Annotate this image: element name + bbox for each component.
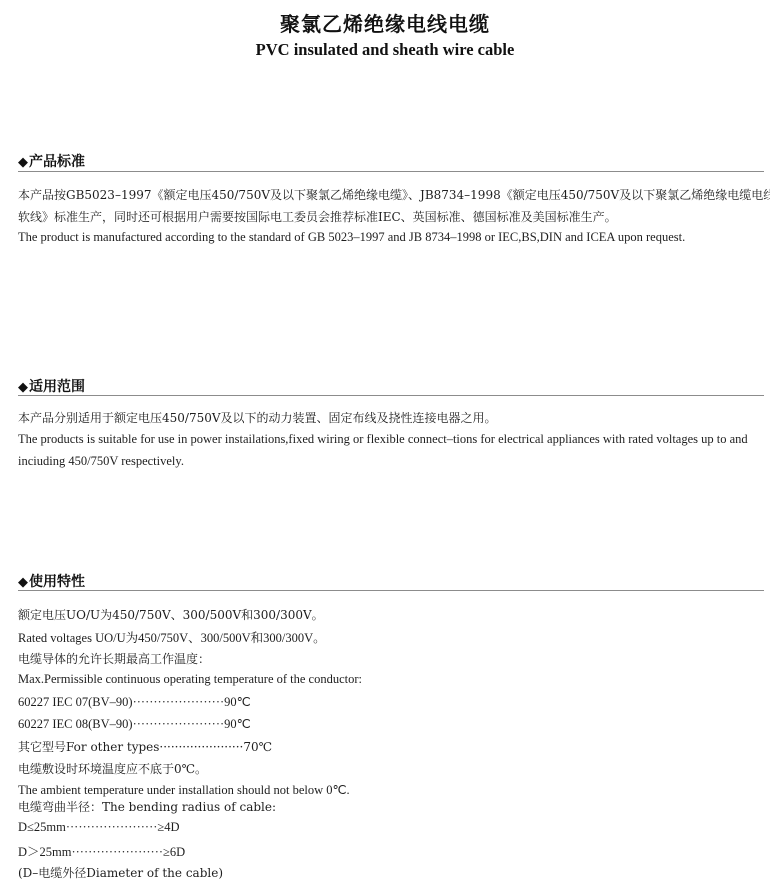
paragraph-line: 电缆敷设时环境温度应不底于0℃。 — [18, 760, 207, 777]
section-heading-label: 产品标准 — [29, 154, 85, 170]
section-divider — [18, 395, 764, 396]
section-divider — [18, 590, 764, 591]
diamond-bullet-icon: ◆ — [18, 155, 28, 170]
paragraph-line: The products is suitable for use in powe… — [18, 432, 748, 447]
paragraph-line: 软线》标准生产，同时还可根据用户需要按国际电工委员会推荐标准IEC、英国标准、德… — [18, 208, 617, 225]
spec-row: 60227 IEC 08(BV–90)·····················… — [18, 716, 251, 732]
paragraph-line: The ambient temperature under installati… — [18, 782, 350, 798]
section-heading-characteristics: ◆使用特性 — [18, 571, 85, 591]
paragraph-line: 本产品按GB5023–1997《额定电压450/750V及以下聚氯乙烯绝缘电缆》… — [18, 186, 770, 203]
spec-row: D≤25mm······················≥4D — [18, 820, 180, 835]
footnote: (D–电缆外径Diameter of the cable) — [18, 864, 223, 881]
spec-row: D＞25mm······················≥6D — [18, 842, 185, 860]
section-heading-application-scope: ◆适用范围 — [18, 376, 85, 396]
section-heading-label: 适用范围 — [29, 379, 85, 395]
paragraph-line: 电缆导体的允许长期最高工作温度： — [18, 650, 210, 667]
page-title-chinese: 聚氯乙烯绝缘电线电缆 — [0, 8, 770, 37]
paragraph-line: 电缆弯曲半径：The bending radius of cable: — [18, 798, 276, 815]
paragraph-line: Max.Permissible continuous operating tem… — [18, 672, 362, 687]
paragraph-line: inciuding 450/750V respectively. — [18, 454, 184, 469]
page-title-english: PVC insulated and sheath wire cable — [0, 40, 770, 60]
paragraph-line: The product is manufactured according to… — [18, 230, 685, 245]
paragraph-line: Rated voltages UO/U为450/750V、300/500V和30… — [18, 628, 326, 646]
section-heading-label: 使用特性 — [29, 574, 85, 590]
paragraph-line: 本产品分别适用于额定电压450/750V及以下的动力装置、固定布线及挠性连接电器… — [18, 409, 497, 426]
section-divider — [18, 171, 764, 172]
spec-row: 60227 IEC 07(BV–90)·····················… — [18, 694, 251, 710]
section-heading-product-standard: ◆产品标准 — [18, 151, 85, 171]
spec-row: 其它型号For other types·····················… — [18, 738, 272, 755]
diamond-bullet-icon: ◆ — [18, 380, 28, 395]
diamond-bullet-icon: ◆ — [18, 575, 28, 590]
paragraph-line: 额定电压UO/U为450/750V、300/500V和300/300V。 — [18, 606, 324, 623]
